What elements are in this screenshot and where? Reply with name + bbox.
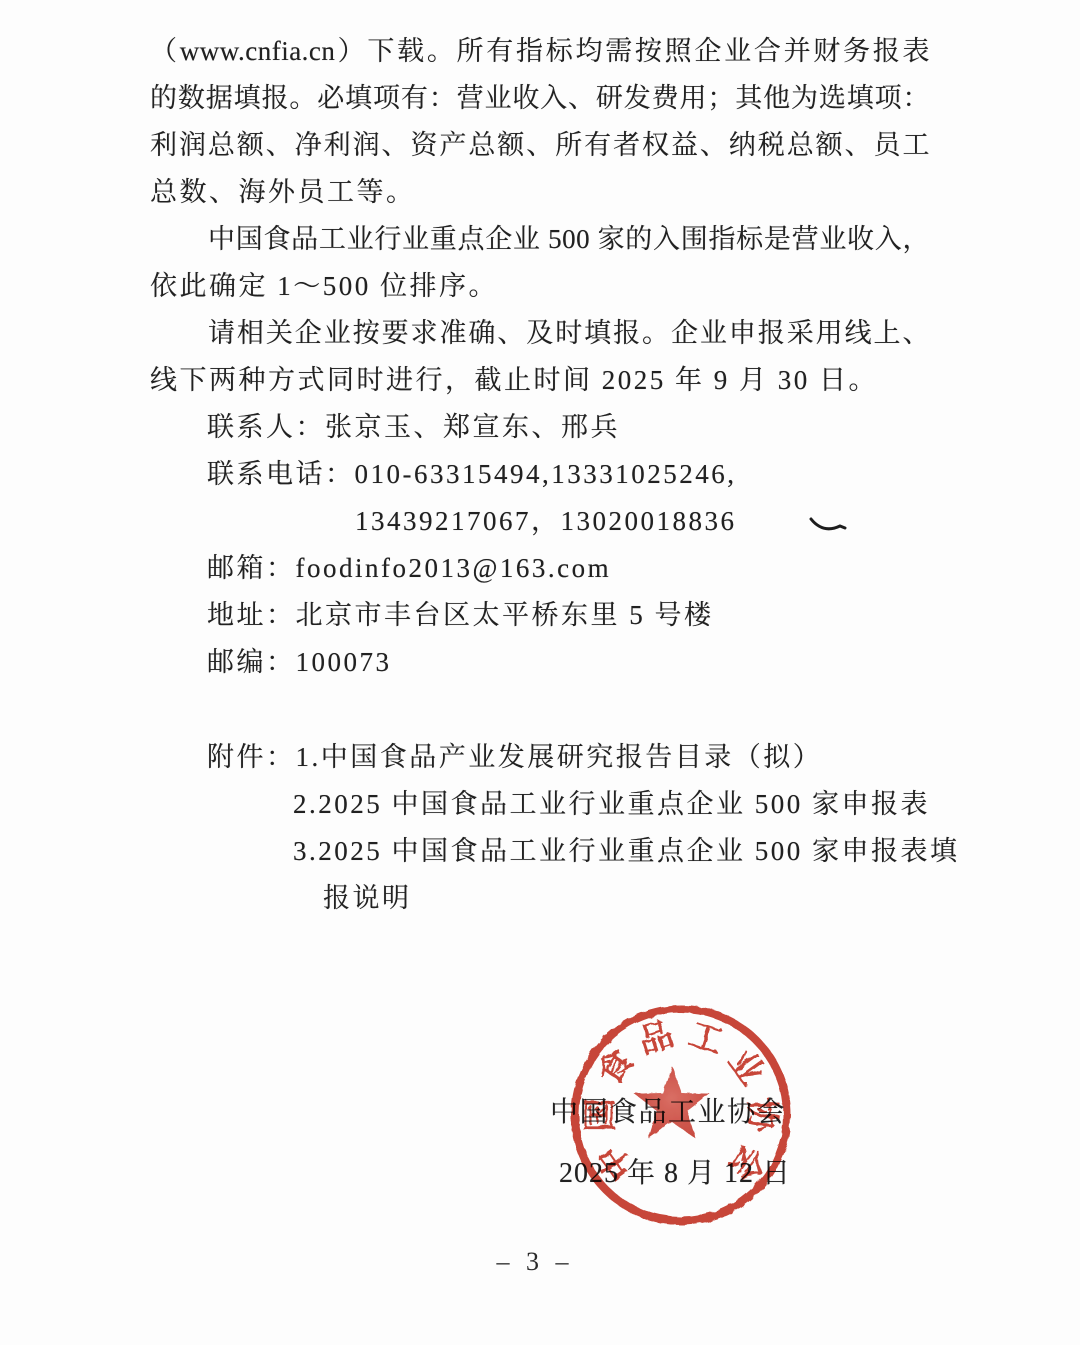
text-line: （www.cnfia.cn）下载。所有指标均需按照企业合并财务报表 xyxy=(150,28,930,75)
contact-zipcode-line: 邮编：100073 xyxy=(150,639,987,686)
contact-phone-line: 联系电话：010-63315494,13331025246, xyxy=(150,451,987,498)
star-icon xyxy=(634,1066,710,1138)
stray-pen-mark xyxy=(806,512,852,542)
attachment-line: 2.2025 中国食品工业行业重点企业 500 家申报表 xyxy=(150,781,1080,828)
text-line: 利润总额、净利润、资产总额、所有者权益、纳税总额、员工 xyxy=(150,122,930,169)
official-seal-stamp: 中 国 食 品 工 业 协 会 xyxy=(559,993,803,1237)
contact-email-line: 邮箱：foodinfo2013@163.com xyxy=(150,545,987,592)
stamp-ring-character: 协 xyxy=(743,1098,781,1134)
stamp-ring-character: 品 xyxy=(634,1015,678,1062)
text-line: 的数据填报。必填项有：营业收入、研发费用；其他为选填项： xyxy=(150,75,930,122)
stamp-ring-character: 工 xyxy=(684,1016,728,1062)
text-line: 中国食品工业行业重点企业 500 家的入围指标是营业收入， xyxy=(150,216,930,263)
attachment-line: 3.2025 中国食品工业行业重点企业 500 家申报表填 xyxy=(150,828,1080,875)
attachment-line: 附件：1.中国食品产业发展研究报告目录（拟） xyxy=(150,734,1027,781)
body-text: （www.cnfia.cn）下载。所有指标均需按照企业合并财务报表 的数据填报。… xyxy=(150,28,930,686)
attachments-list: 附件：1.中国食品产业发展研究报告目录（拟） 2.2025 中国食品工业行业重点… xyxy=(150,734,970,922)
contact-phone-line: 13439217067，13020018836 xyxy=(150,498,1080,545)
text-line: 总数、海外员工等。 xyxy=(150,169,930,216)
text-line: 线下两种方式同时进行，截止时间 2025 年 9 月 30 日。 xyxy=(150,357,930,404)
attachment-line: 报说明 xyxy=(150,875,1080,922)
text-line: 依此确定 1～500 位排序。 xyxy=(150,263,930,310)
stamp-ring-character: 国 xyxy=(582,1098,620,1132)
text-line: 请相关企业按要求准确、及时填报。企业申报采用线上、 xyxy=(150,310,930,357)
page-number: – 3 – xyxy=(0,1247,1070,1277)
contact-address-line: 地址：北京市丰台区太平桥东里 5 号楼 xyxy=(150,592,987,639)
document-page: （www.cnfia.cn）下载。所有指标均需按照企业合并财务报表 的数据填报。… xyxy=(0,0,1080,1345)
contact-person-line: 联系人：张京玉、郑宣东、邢兵 xyxy=(150,404,987,451)
